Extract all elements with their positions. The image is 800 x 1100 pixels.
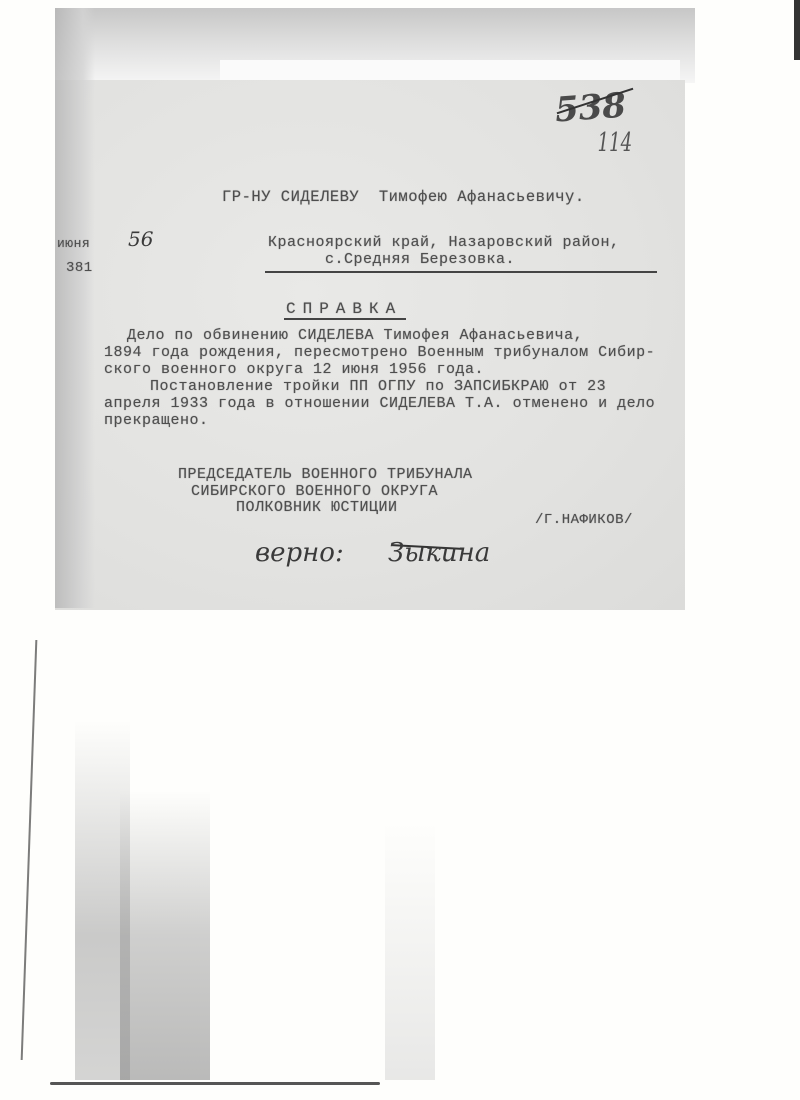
signatory-title: ПРЕДСЕДАТЕЛЬ ВОЕННОГО ТРИБУНАЛА [178,466,473,483]
page-bottom-edge [50,1082,380,1085]
scan-border [794,0,800,60]
scanned-page: 538 114 ГР-НУ СИДЕЛЕВУ Тимофею Афанасьев… [0,0,800,1100]
document-title: СПРАВКА [286,300,402,318]
body-text-line: прекращено. [104,412,209,429]
body-text-line: Постановление тройки ПП ОГПУ по ЗАПСИБКР… [150,378,606,395]
photocopy-edge-shadow [55,8,95,608]
address-underline [265,271,657,273]
photocopy-highlight [220,60,680,80]
certified-note: верно: [255,538,344,568]
reference-number: 381 [66,260,93,276]
signatory-name: /Г.НАФИКОВ/ [535,512,633,528]
body-text-line: ского военного округа 12 июня 1956 года. [104,361,484,378]
date-day: 56 [128,227,153,251]
sheet-number: 114 [597,128,632,158]
address-line: с.Средняя Березовка. [325,251,515,268]
page-edge-line [21,640,38,1060]
address-line: Красноярский край, Назаровский район, [268,234,620,251]
handwritten-signature: Зыкина [388,538,490,568]
title-underline [284,318,406,320]
signatory-title: СИБИРСКОГО ВОЕННОГО ОКРУГА [191,483,438,500]
scan-smear [120,790,210,1080]
addressee: ГР-НУ СИДЕЛЕВУ Тимофею Афанасьевичу. [222,188,585,206]
body-text-line: 1894 года рождения, пересмотрено Военным… [104,344,655,361]
body-text-line: Дело по обвинению СИДЕЛЕВА Тимофея Афана… [127,327,583,344]
date-month: июня [57,236,90,251]
scan-smear [385,820,435,1080]
body-text-line: апреля 1933 года в отношении СИДЕЛЕВА Т.… [104,395,655,412]
signatory-rank: ПОЛКОВНИК ЮСТИЦИИ [236,499,398,516]
